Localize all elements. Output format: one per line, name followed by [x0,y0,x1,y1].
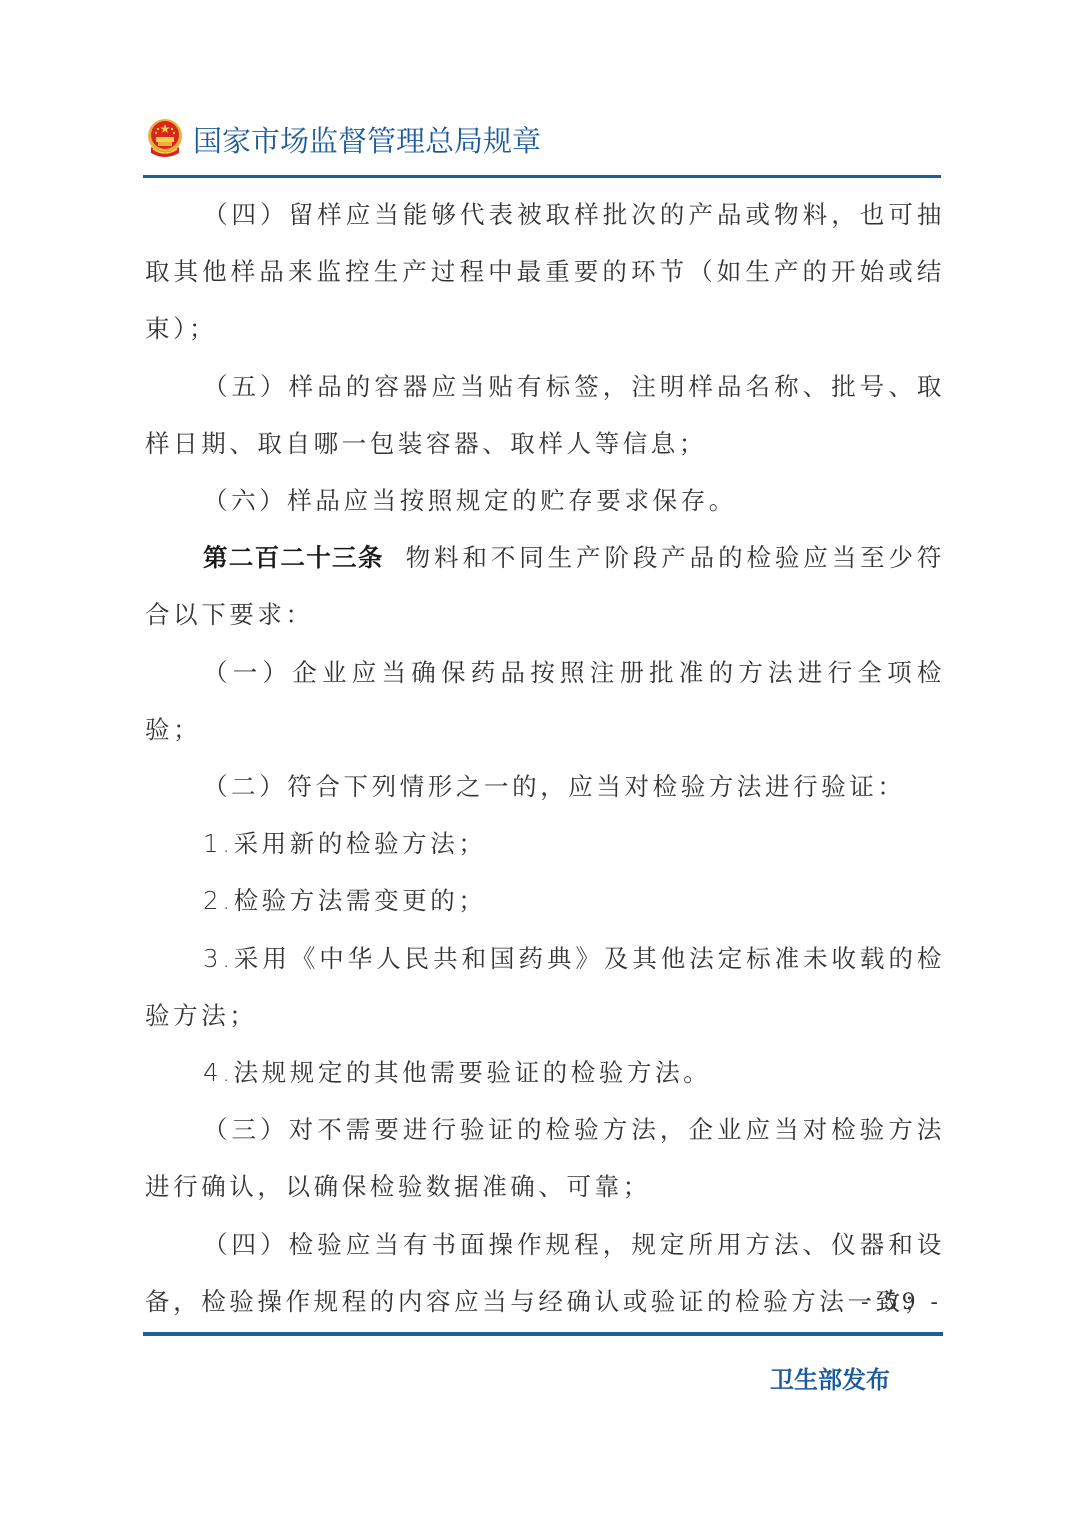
list-item: 1.采用新的检验方法； [145,815,945,872]
header-title: 国家市场监督管理总局规章 [193,119,541,160]
paragraph: （五）样品的容器应当贴有标签，注明样品名称、批号、取样日期、取自哪一包装容器、取… [145,358,945,472]
publisher-label: 卫生部发布 [770,1360,890,1395]
list-item: 3.采用《中华人民共和国药典》及其他法定标准未收载的检验方法； [145,930,945,1044]
national-emblem-icon [145,117,185,161]
footer-divider [143,1332,943,1336]
paragraph: （三）对不需要进行验证的检验方法，企业应当对检验方法进行确认，以确保检验数据准确… [145,1101,945,1215]
paragraph: （四）留样应当能够代表被取样批次的产品或物料，也可抽取其他样品来监控生产过程中最… [145,186,945,358]
document-body: （四）留样应当能够代表被取样批次的产品或物料，也可抽取其他样品来监控生产过程中最… [145,186,945,1330]
paragraph: （二）符合下列情形之一的，应当对检验方法进行验证： [145,758,945,815]
page-number: - 59 - [861,1290,942,1315]
header-divider [143,175,941,178]
list-item: 4.法规规定的其他需要验证的检验方法。 [145,1044,945,1101]
list-item: 2.检验方法需变更的； [145,872,945,929]
article-paragraph: 第二百二十三条物料和不同生产阶段产品的检验应当至少符合以下要求： [145,529,945,643]
page-header: 国家市场监督管理总局规章 [145,114,541,164]
paragraph: （六）样品应当按照规定的贮存要求保存。 [145,472,945,529]
article-number: 第二百二十三条 [203,543,384,572]
paragraph: （四）检验应当有书面操作规程，规定所用方法、仪器和设备，检验操作规程的内容应当与… [145,1216,945,1330]
paragraph: （一）企业应当确保药品按照注册批准的方法进行全项检验； [145,644,945,758]
